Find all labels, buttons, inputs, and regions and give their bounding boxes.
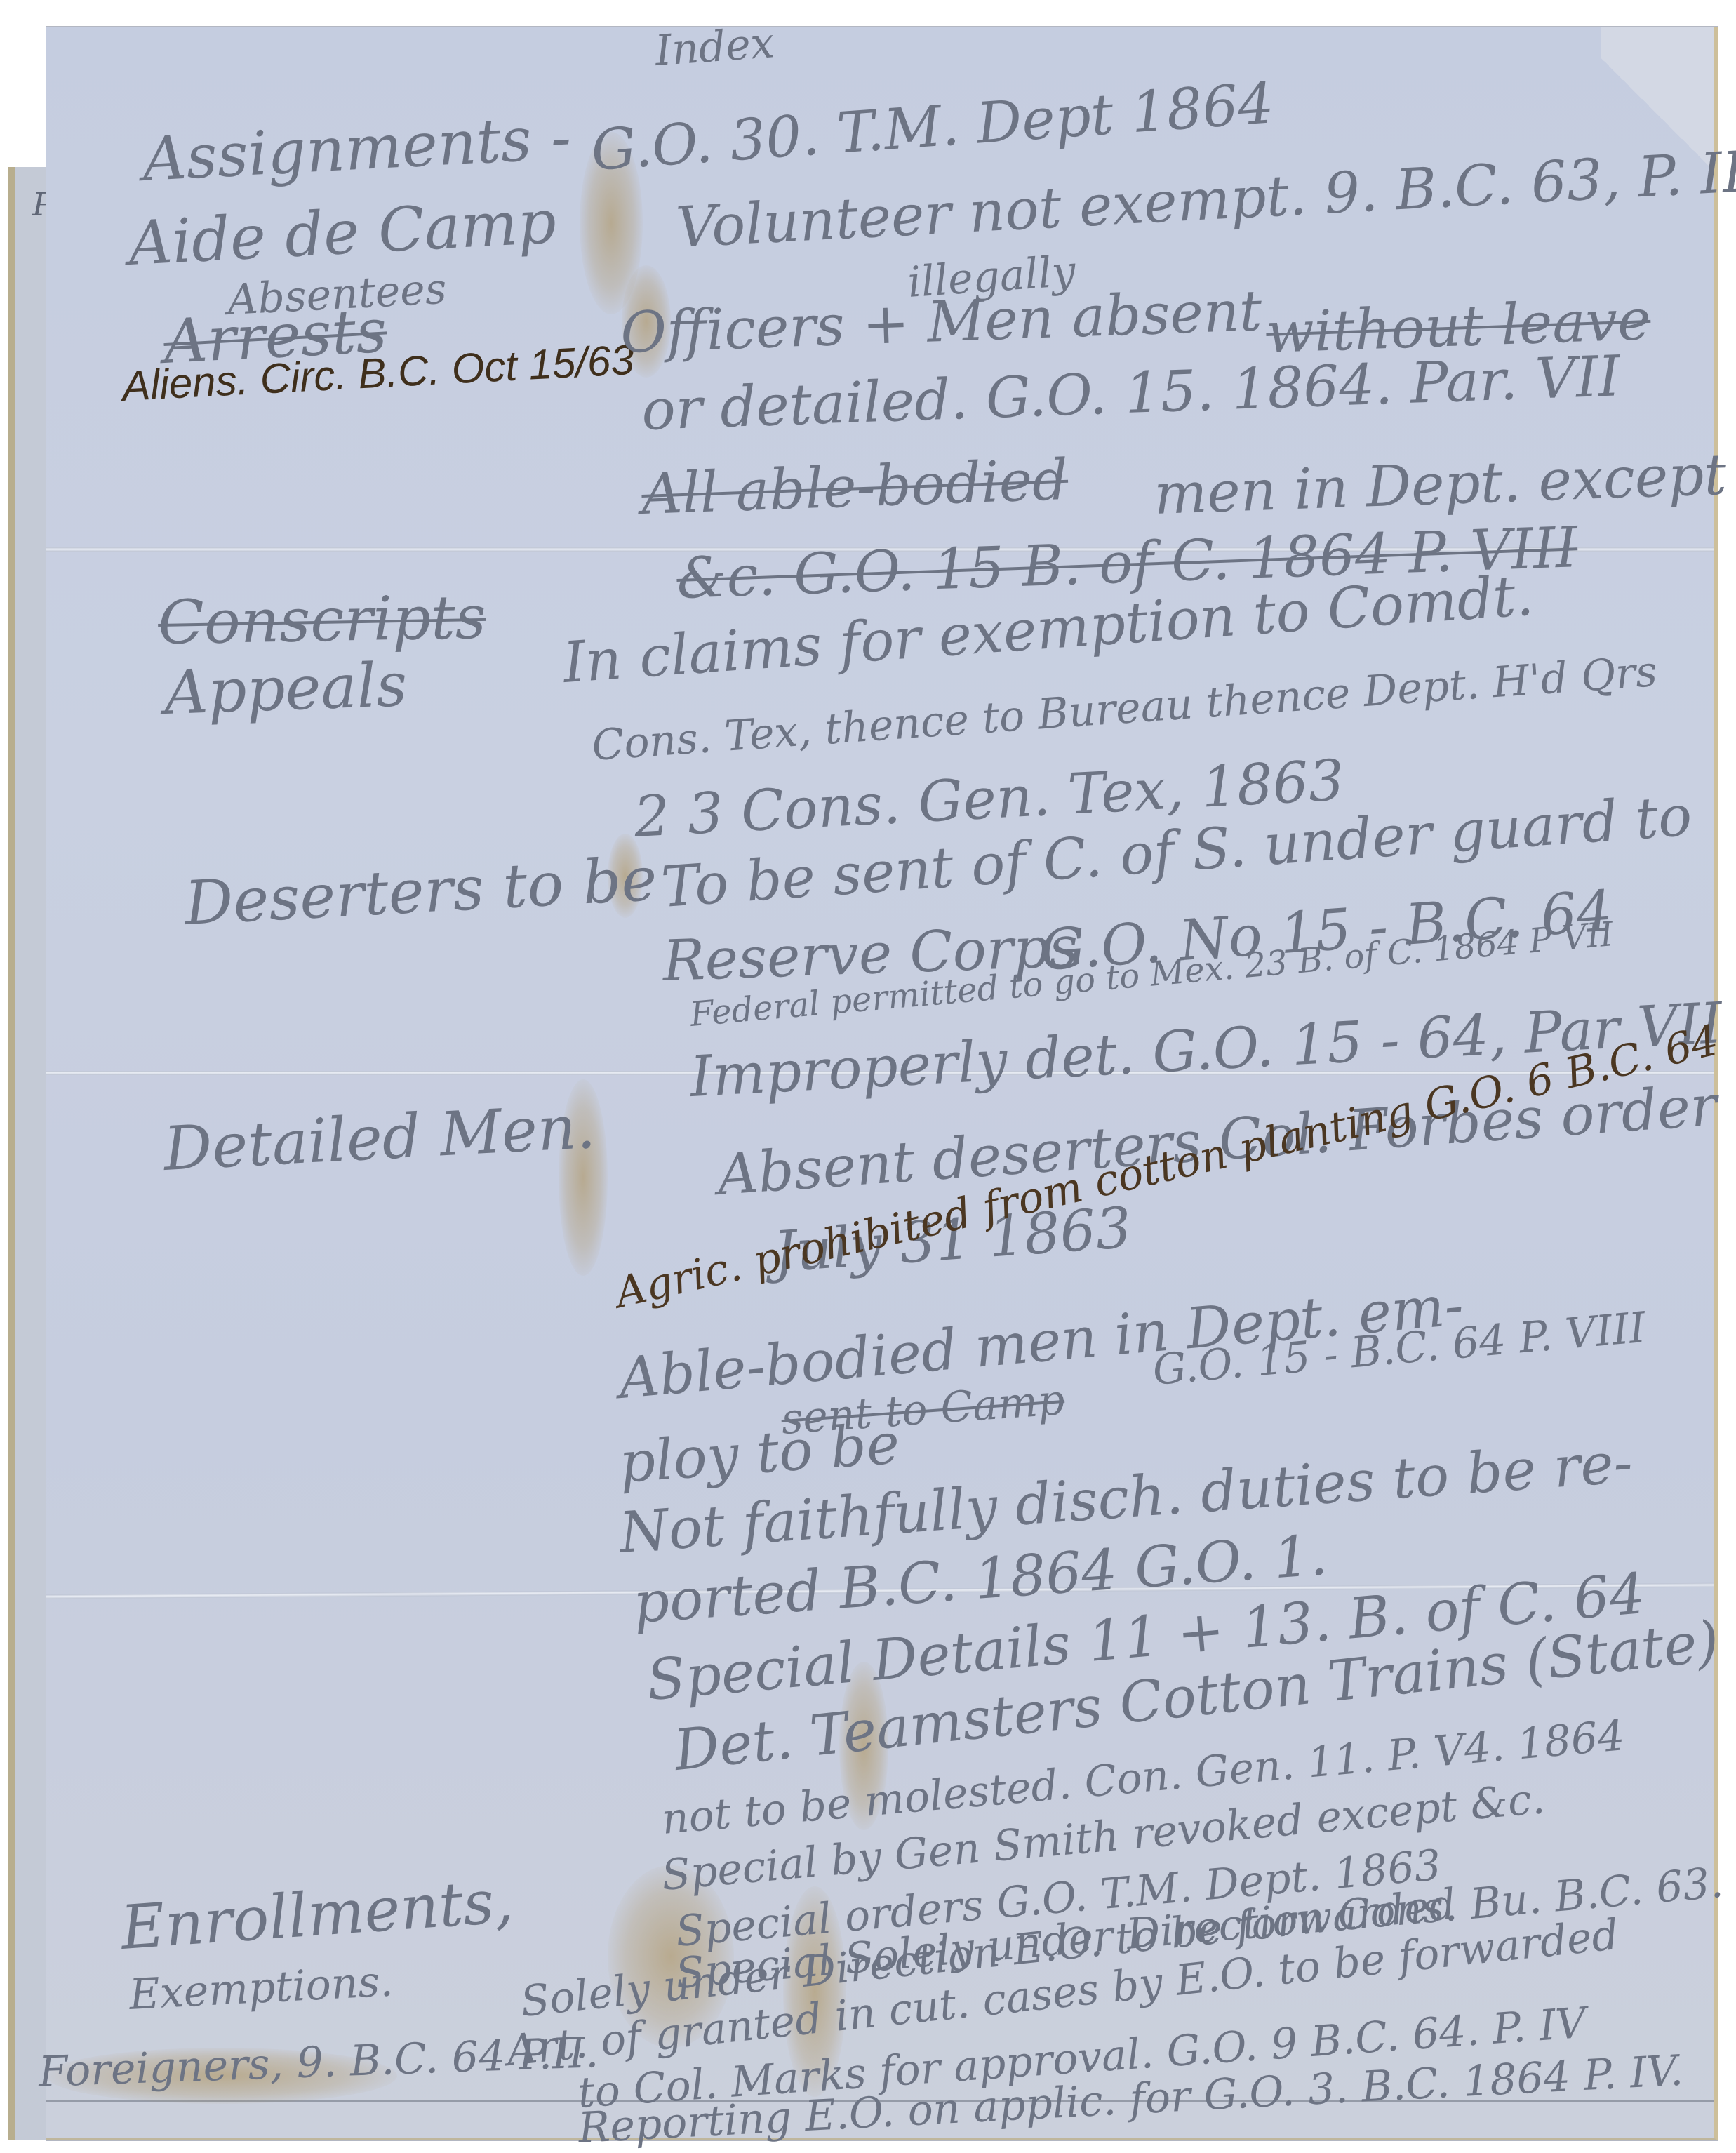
entry: Officers + Men absent bbox=[620, 278, 1263, 366]
heading-exemptions: Exemptions. bbox=[128, 1957, 394, 2020]
document-page: Index Assignments - Aide de Camp Absente… bbox=[46, 27, 1718, 2140]
heading-aide-de-camp: Aide de Camp bbox=[127, 187, 558, 279]
entry-struck: All able-bodied bbox=[641, 447, 1069, 527]
heading-detailed-men: Detailed Men. bbox=[162, 1092, 597, 1185]
heading-conscripts-struck: Conscripts bbox=[157, 582, 486, 658]
entry: men in Dept. except bbox=[1153, 442, 1728, 527]
index-title: Index bbox=[653, 18, 776, 76]
entry: G.O. 30. T.M. Dept 1864 bbox=[589, 70, 1276, 183]
heading-appeals: Appeals bbox=[163, 650, 408, 728]
heading-deserters: Deserters to be bbox=[183, 844, 659, 939]
heading-enrollments: Enrollments, bbox=[119, 1866, 516, 1964]
heading-assignments: Assignments - bbox=[141, 102, 573, 195]
